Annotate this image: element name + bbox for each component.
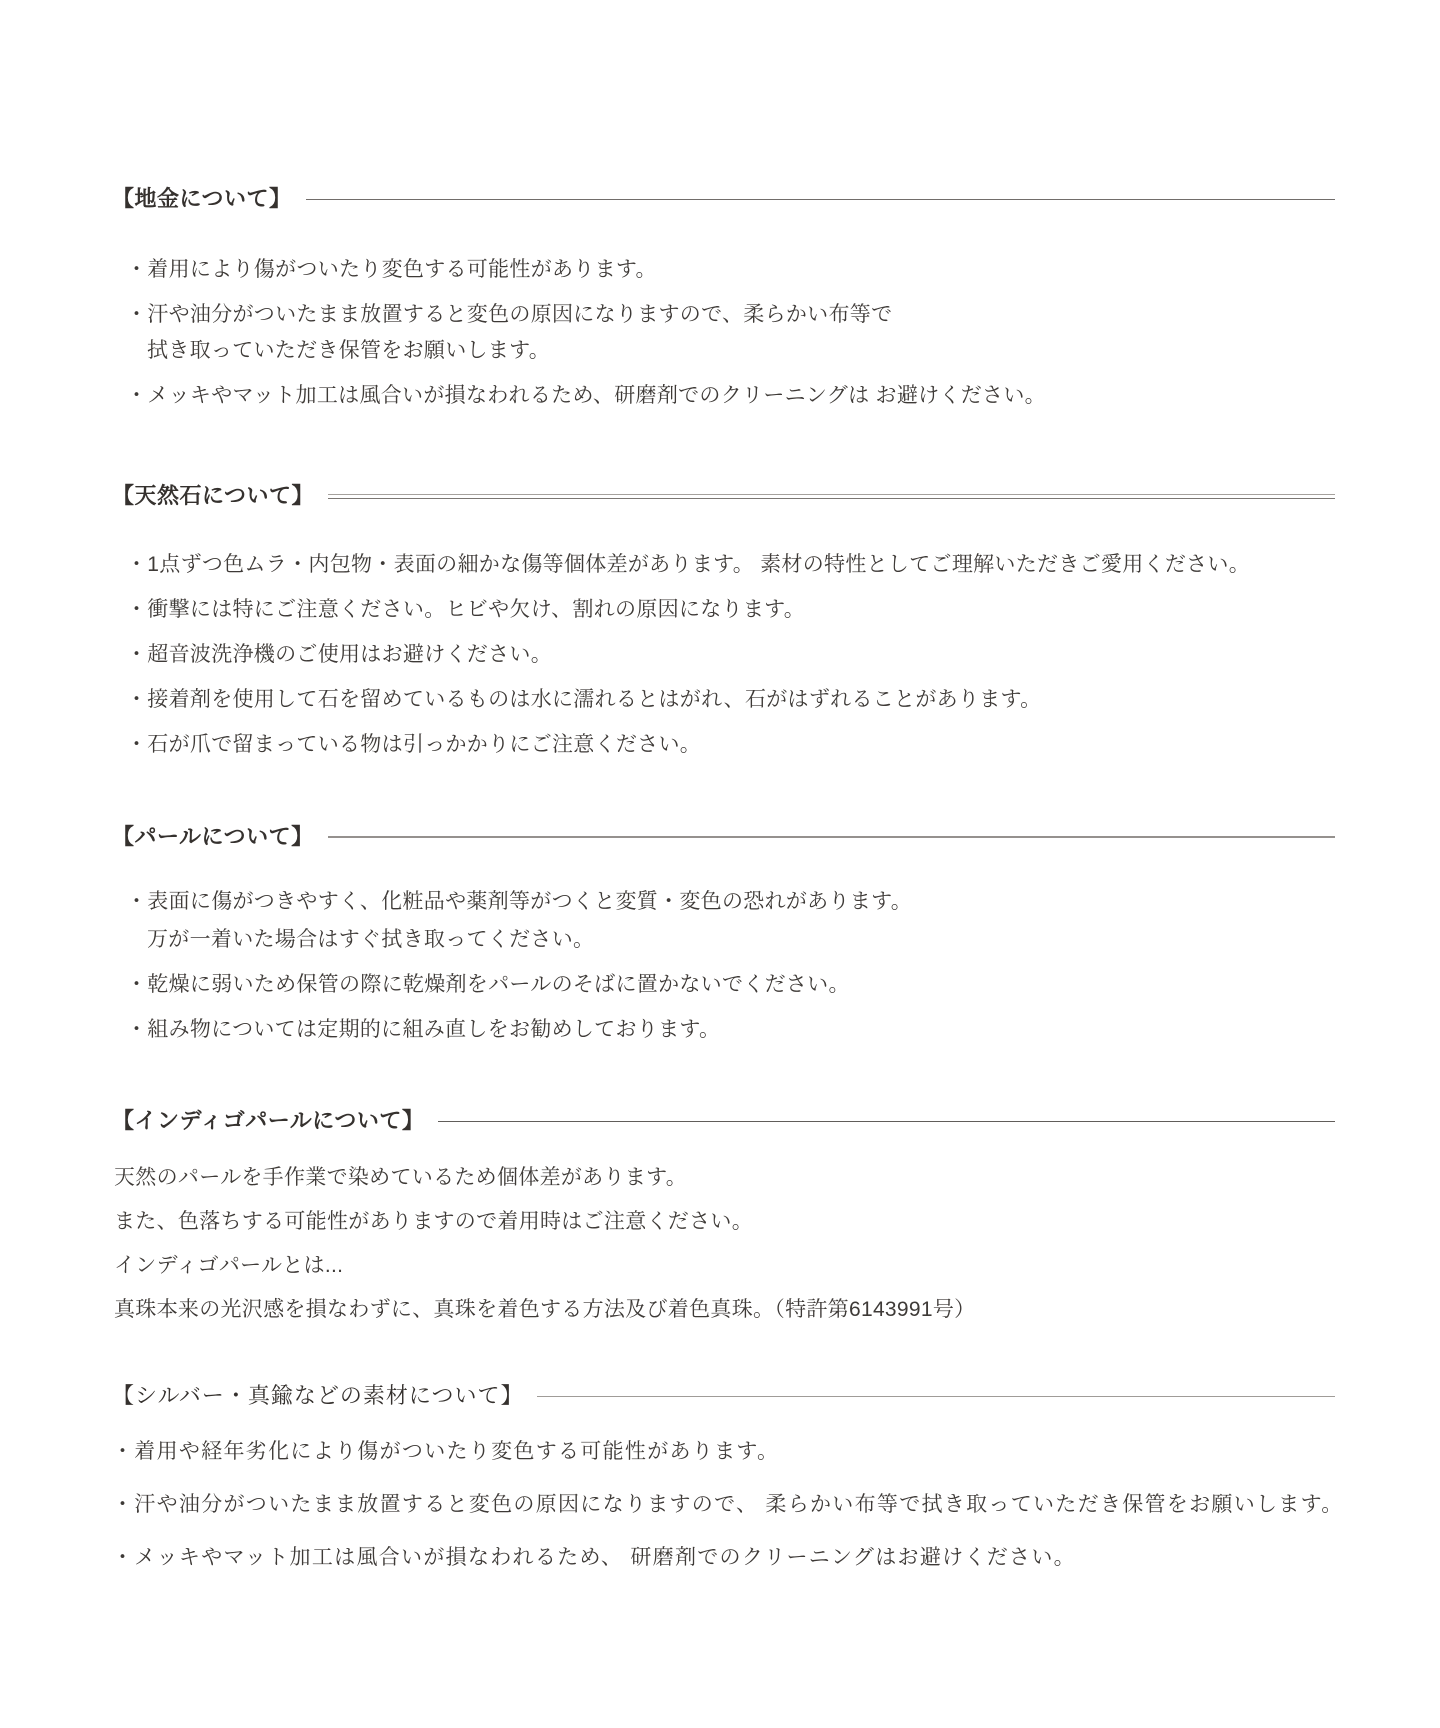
divider-line (537, 1396, 1335, 1397)
section-pearl-header: 【パールについて】 (112, 824, 1335, 850)
section-silver-brass-header: 【シルバー・真鍮などの素材について】 (112, 1383, 1335, 1409)
care-note: また、色落ちする可能性がありますので着用時はご注意ください。 (112, 1210, 1335, 1234)
section-title: 【インディゴパールについて】 (112, 1108, 424, 1134)
care-note-continuation: 万が一着いた場合はすぐ拭き取ってください。 (112, 928, 1335, 952)
section-metal-body: ・着用により傷がついたり変色する可能性があります。 ・汗や油分がついたまま放置す… (112, 258, 1335, 408)
care-note: ・メッキやマット加工は風合いが損なわれるため、研磨剤でのクリーニングは お避けく… (112, 384, 1335, 408)
jewelry-care-notes-page: 【地金について】 ・着用により傷がついたり変色する可能性があります。 ・汗や油分… (0, 0, 1440, 1728)
care-note: ・汗や油分がついたまま放置すると変色の原因になりますので、 柔らかい布等で拭き取… (112, 1493, 1335, 1517)
care-note: ・汗や油分がついたまま放置すると変色の原因になりますので、柔らかい布等で (112, 303, 1335, 327)
care-note: ・メッキやマット加工は風合いが損なわれるため、 研磨剤でのクリーニングはお避けく… (112, 1546, 1335, 1570)
care-note: ・着用や経年劣化により傷がついたり変色する可能性があります。 (112, 1440, 1335, 1464)
care-note: ・超音波洗浄機のご使用はお避けください。 (112, 643, 1335, 667)
section-indigo-pearl-body: 天然のパールを手作業で染めているため個体差があります。 また、色落ちする可能性が… (112, 1166, 1335, 1322)
divider-line (328, 494, 1335, 499)
section-title: 【パールについて】 (112, 824, 314, 850)
section-title: 【シルバー・真鍮などの素材について】 (112, 1383, 523, 1409)
section-natural-stone: 【天然石について】 ・1点ずつ色ムラ・内包物・表面の細かな傷等個体差があります。… (112, 483, 1335, 757)
care-note: ・接着剤を使用して石を留めているものは水に濡れるとはがれ、石がはずれることがあり… (112, 688, 1335, 712)
section-natural-stone-header: 【天然石について】 (112, 483, 1335, 509)
section-title: 【地金について】 (112, 186, 292, 212)
section-pearl-body: ・表面に傷がつきやすく、化粧品や薬剤等がつくと変質・変色の恐れがあります。 万が… (112, 890, 1335, 1042)
care-note: 真珠本来の光沢感を損なわずに、真珠を着色する方法及び着色真珠。（特許第61439… (112, 1298, 1335, 1322)
care-note: ・乾燥に弱いため保管の際に乾燥剤をパールのそばに置かないでください。 (112, 973, 1335, 997)
care-note: インディゴパールとは... (112, 1254, 1335, 1278)
care-note: ・着用により傷がついたり変色する可能性があります。 (112, 258, 1335, 282)
section-indigo-pearl: 【インディゴパールについて】 天然のパールを手作業で染めているため個体差がありま… (112, 1108, 1335, 1322)
care-note-continuation: 拭き取っていただき保管をお願いします。 (112, 339, 1335, 363)
care-note: ・衝撃には特にご注意ください。ヒビや欠け、割れの原因になります。 (112, 598, 1335, 622)
divider-line (438, 1121, 1335, 1122)
section-title: 【天然石について】 (112, 483, 314, 509)
section-metal-header: 【地金について】 (112, 186, 1335, 212)
care-note: 天然のパールを手作業で染めているため個体差があります。 (112, 1166, 1335, 1190)
section-natural-stone-body: ・1点ずつ色ムラ・内包物・表面の細かな傷等個体差があります。 素材の特性としてご… (112, 553, 1335, 757)
section-pearl: 【パールについて】 ・表面に傷がつきやすく、化粧品や薬剤等がつくと変質・変色の恐… (112, 824, 1335, 1042)
care-note: ・組み物については定期的に組み直しをお勧めしております。 (112, 1018, 1335, 1042)
section-silver-brass: 【シルバー・真鍮などの素材について】 ・着用や経年劣化により傷がついたり変色する… (112, 1383, 1335, 1570)
divider-line (328, 836, 1335, 838)
section-silver-brass-body: ・着用や経年劣化により傷がついたり変色する可能性があります。 ・汗や油分がついた… (112, 1440, 1335, 1570)
care-note: ・表面に傷がつきやすく、化粧品や薬剤等がつくと変質・変色の恐れがあります。 (112, 890, 1335, 914)
care-note: ・石が爪で留まっている物は引っかかりにご注意ください。 (112, 733, 1335, 757)
section-indigo-pearl-header: 【インディゴパールについて】 (112, 1108, 1335, 1134)
section-metal: 【地金について】 ・着用により傷がついたり変色する可能性があります。 ・汗や油分… (112, 186, 1335, 408)
care-note: ・1点ずつ色ムラ・内包物・表面の細かな傷等個体差があります。 素材の特性としてご… (112, 553, 1335, 577)
divider-line (306, 199, 1335, 200)
